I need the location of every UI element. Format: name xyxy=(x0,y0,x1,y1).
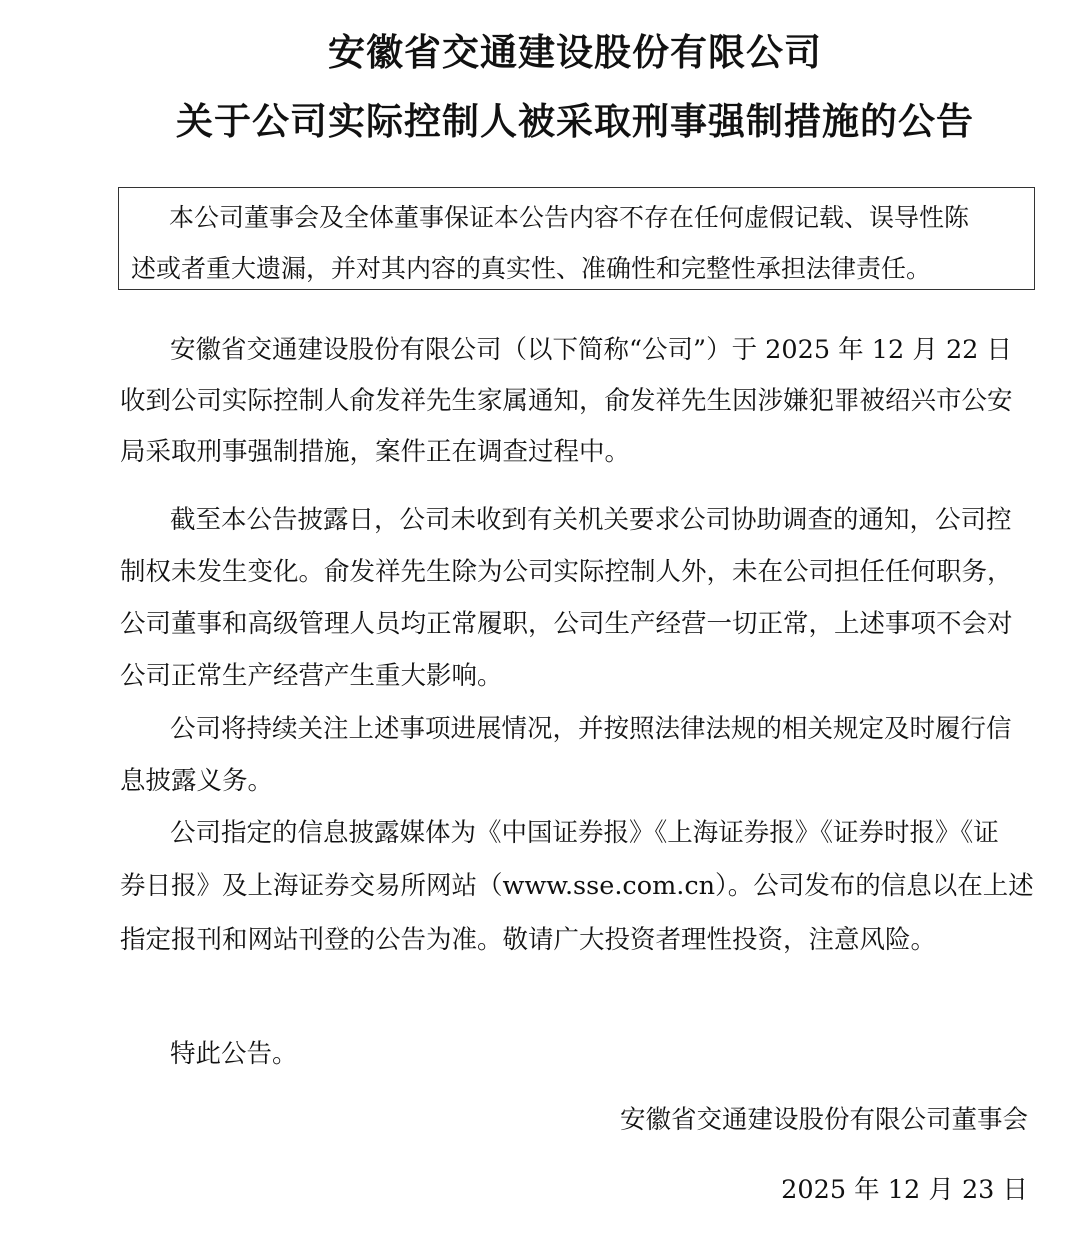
closing-statement: 特此公告。 xyxy=(170,1042,298,1068)
signature-board: 安徽省交通建设股份有限公司董事会 xyxy=(620,1108,1028,1134)
paragraph-4-line-1: 公司指定的信息披露媒体为《中国证券报》《上海证券报》《证券时报》《证 xyxy=(170,821,999,847)
paragraph-2-line-3: 公司董事和高级管理人员均正常履职，公司生产经营一切正常，上述事项不会对 xyxy=(120,612,1013,638)
paragraph-2-line-1: 截至本公告披露日，公司未收到有关机关要求公司协助调查的通知，公司控 xyxy=(170,508,1012,534)
document-title-company: 安徽省交通建设股份有限公司 xyxy=(0,34,1080,71)
paragraph-2-line-4: 公司正常生产经营产生重大影响。 xyxy=(120,664,503,690)
paragraph-3-line-1: 公司将持续关注上述事项进展情况，并按照法律法规的相关规定及时履行信 xyxy=(170,717,1012,743)
notice-line-1: 本公司董事会及全体董事保证本公告内容不存在任何虚假记载、误导性陈 xyxy=(169,205,969,230)
paragraph-2-line-2: 制权未发生变化。俞发祥先生除为公司实际控制人外，未在公司担任任何职务， xyxy=(120,560,1013,586)
paragraph-4-line-3: 指定报刊和网站刊登的公告为准。敬请广大投资者理性投资，注意风险。 xyxy=(120,928,936,954)
notice-line-2: 述或者重大遗漏，并对其内容的真实性、准确性和完整性承担法律责任。 xyxy=(131,256,931,281)
board-guarantee-notice-box: 本公司董事会及全体董事保证本公告内容不存在任何虚假记载、误导性陈 述或者重大遗漏… xyxy=(118,187,1035,290)
paragraph-1-line-2: 收到公司实际控制人俞发祥先生家属通知，俞发祥先生因涉嫌犯罪被绍兴市公安 xyxy=(120,389,1013,415)
paragraph-4-line-2: 券日报》及上海证券交易所网站（www.sse.com.cn）。公司发布的信息以在… xyxy=(120,874,1034,900)
paragraph-1-line-3: 局采取刑事强制措施，案件正在调查过程中。 xyxy=(120,440,630,466)
paragraph-1-line-1: 安徽省交通建设股份有限公司（以下简称“公司”）于 2025 年 12 月 22 … xyxy=(170,338,1012,364)
paragraph-3-line-2: 息披露义务。 xyxy=(120,769,273,795)
document-title-subject: 关于公司实际控制人被采取刑事强制措施的公告 xyxy=(0,103,1080,140)
announcement-date: 2025 年 12 月 23 日 xyxy=(781,1178,1028,1204)
